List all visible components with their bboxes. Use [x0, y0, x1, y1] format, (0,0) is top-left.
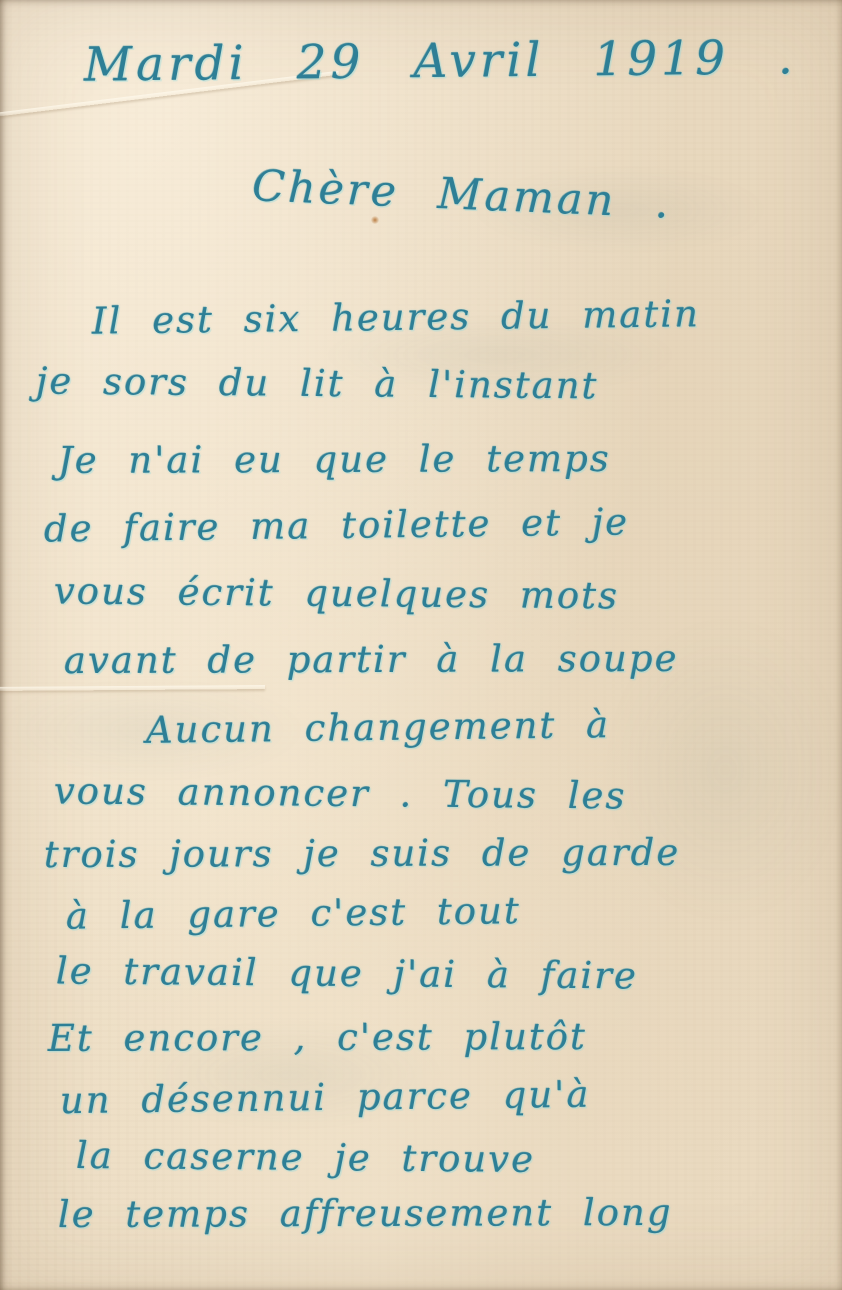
- showthrough-smudge: [560, 560, 842, 980]
- letter-line: vous annoncer . Tous les: [54, 770, 627, 818]
- date-line: Mardi 29 Avril 1919 .: [84, 30, 798, 92]
- letter-line: un désennui parce qu'à: [60, 1073, 591, 1122]
- letter-scan-page: Mardi 29 Avril 1919 . Chère Maman . Il e…: [0, 0, 842, 1290]
- letter-line: le travail que j'ai à faire: [56, 949, 638, 997]
- letter-line: je sors du lit à l'instant: [36, 360, 599, 408]
- letter-line: de faire ma toilette et je: [44, 500, 630, 550]
- salutation: Chère Maman .: [251, 161, 673, 229]
- letter-line: vous écrit quelques mots: [54, 570, 620, 618]
- letter-line: trois jours je suis de garde: [44, 831, 680, 876]
- letter-line: avant de partir à la soupe: [64, 637, 679, 682]
- letter-line: Et encore , c'est plutôt: [48, 1015, 587, 1060]
- letter-line: le temps affreusement long: [58, 1191, 673, 1236]
- letter-line: Je n'ai eu que le temps: [58, 437, 611, 482]
- fold-crease-middle: [0, 685, 265, 691]
- letter-line: la caserne je trouve: [76, 1134, 535, 1181]
- letter-line: à la gare c'est tout: [66, 889, 521, 938]
- letter-line: Il est six heures du matin: [92, 292, 700, 342]
- ink-stain: [371, 216, 379, 224]
- letter-line: Aucun changement à: [146, 703, 611, 752]
